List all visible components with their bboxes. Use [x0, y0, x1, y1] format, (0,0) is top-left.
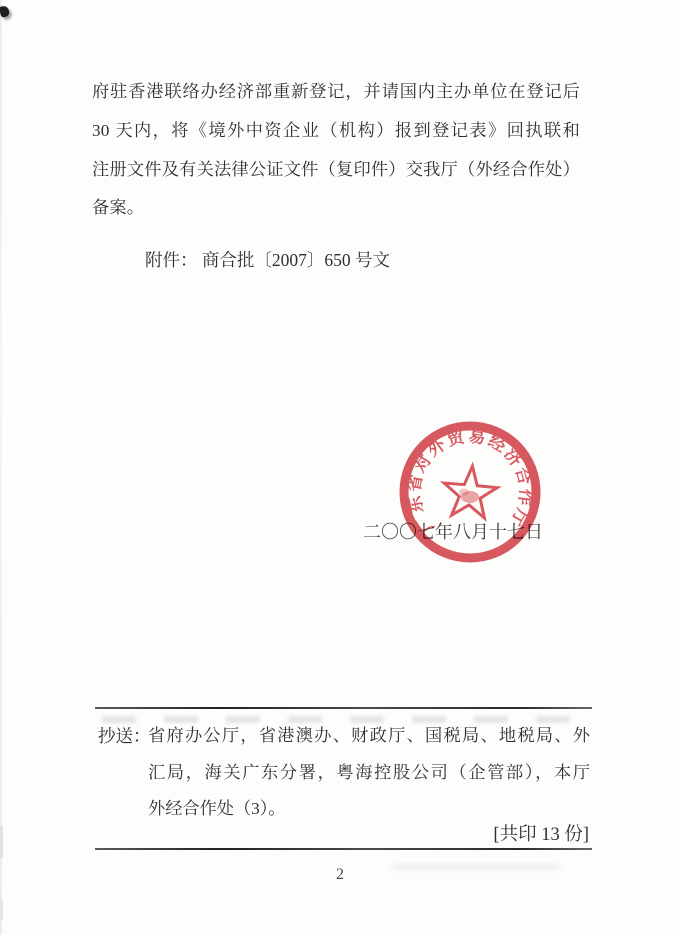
cc-label: 抄送： [98, 718, 151, 755]
cc-text-line: 汇局，海关广东分署，粤海控股公司（企管部），本厅 [148, 755, 590, 792]
scan-edge-line [0, 0, 2, 935]
seal-ink-blob [459, 489, 469, 496]
footer-top-rule [95, 707, 592, 709]
body-text-line: 注册文件及有关法律公证文件（复印件）交我厅（外经合作处） [92, 151, 580, 190]
attachment-line: 附件： 商合批〔2007〕650 号文 [145, 246, 390, 274]
body-paragraph: 府驻香港联络办经济部重新登记，并请国内主办单位在登记后30 天内，将《境外中资企… [92, 73, 580, 228]
body-text-line: 备案。 [92, 189, 580, 228]
page-number: 2 [0, 866, 680, 884]
cc-list: 省府办公厅，省港澳办、财政厅、国税局、地税局、外汇局，海关广东分署，粤海控股公司… [148, 718, 590, 828]
scan-corner-artifact [0, 5, 10, 18]
body-text-line: 府驻香港联络办经济部重新登记，并请国内主办单位在登记后 [92, 73, 580, 112]
scan-edge-mark [0, 826, 3, 858]
body-text-line: 30 天内，将《境外中资企业（机构）报到登记表》回执联和 [92, 112, 580, 151]
cc-text-line: 省府办公厅，省港澳办、财政厅、国税局、地税局、外 [148, 718, 590, 755]
print-count: [共印 13 份] [493, 823, 589, 847]
footer-bottom-rule [95, 848, 592, 850]
official-seal: 广东省对外贸易经济合作厅 [390, 412, 550, 572]
scanned-document-page: 府驻香港联络办经济部重新登记，并请国内主办单位在登记后30 天内，将《境外中资企… [0, 0, 680, 935]
scan-edge-mark [0, 900, 3, 920]
